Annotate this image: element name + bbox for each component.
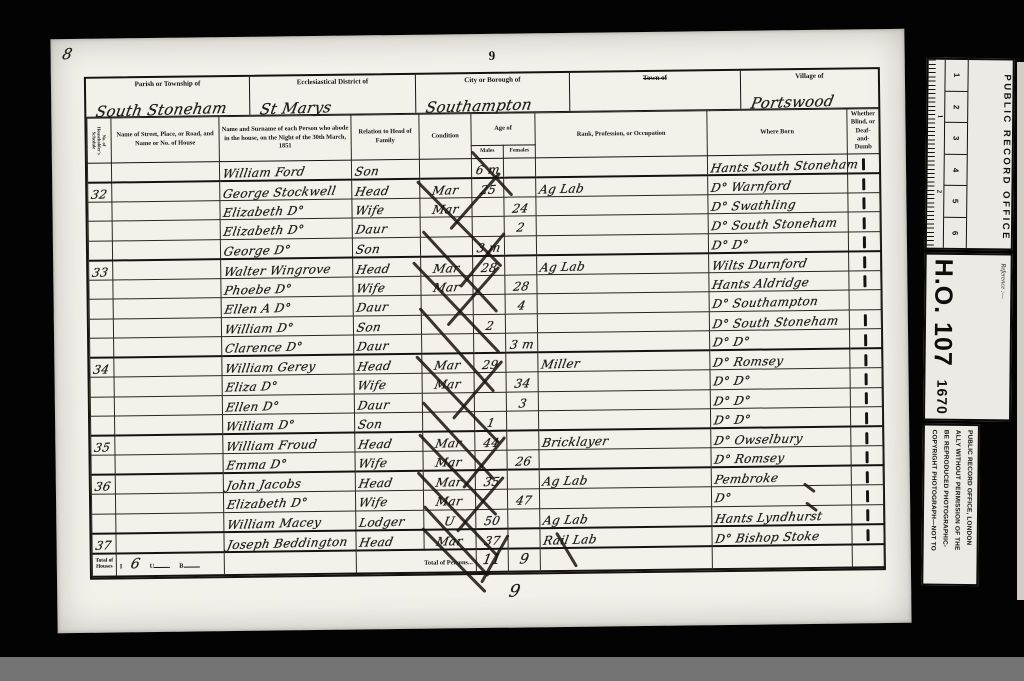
street-name — [112, 220, 220, 241]
age-male — [473, 294, 505, 314]
relation-to-head: Daur — [354, 334, 422, 354]
age-male: 1 — [474, 411, 506, 431]
where-born: D° D° — [710, 407, 850, 428]
relation-to-head: Daur — [352, 217, 420, 237]
street-name — [116, 532, 224, 553]
where-born: D° Warnford — [708, 173, 848, 194]
person-name: William D° — [223, 413, 355, 434]
age-male — [475, 450, 507, 470]
uninhabited-blank — [154, 559, 170, 568]
person-name: William D° — [221, 316, 353, 337]
condition: Mar — [420, 178, 472, 198]
where-born: D° Romsey — [710, 349, 850, 370]
form-header-field-4: Village ofPortswood — [741, 69, 878, 109]
age-male: 28 — [473, 255, 505, 275]
occupation: Rail Lab — [540, 526, 712, 548]
person-name: Joseph Beddington — [224, 530, 356, 552]
condition — [422, 334, 474, 354]
person-name: George D° — [220, 238, 352, 259]
where-born: D° Bishop Stoke — [712, 524, 852, 546]
person-name: William Ford — [219, 160, 351, 181]
form-header-label: City or Borough of — [416, 73, 569, 85]
age-female — [506, 411, 538, 431]
condition: Mar — [423, 490, 475, 510]
infirmity-cell — [851, 446, 883, 466]
condition: Mar — [421, 256, 473, 276]
tally-dash — [863, 217, 866, 229]
condition — [420, 217, 472, 237]
relation-to-head: Son — [352, 237, 420, 257]
occupation — [537, 292, 709, 314]
totals-empty-name-cell — [224, 550, 356, 575]
age-female: 47 — [507, 489, 539, 509]
building-blank — [183, 559, 199, 568]
ruler-inch-scale: 12 — [927, 60, 946, 248]
schedule-number — [88, 221, 112, 241]
col-header-females: Females — [503, 144, 535, 157]
street-name — [114, 376, 222, 397]
person-name: Clarence D° — [222, 335, 354, 356]
age-female: 28 — [505, 274, 537, 294]
person-name: Eliza D° — [222, 374, 354, 395]
age-female — [503, 157, 535, 177]
total-houses-label-cell: Total of Houses — [92, 553, 116, 576]
relation-to-head: Wife — [353, 276, 421, 296]
form-header-row: Parish or Township ofSouth StonehamEccle… — [86, 69, 878, 118]
schedule-number: 32 — [88, 182, 112, 202]
street-name — [115, 454, 223, 475]
col-header-condition: Condition — [419, 114, 472, 159]
reference-card: H.O. 107 1670 Reference :— — [923, 253, 1013, 422]
condition: Mar — [423, 451, 475, 471]
schedule-number — [87, 163, 111, 183]
occupation — [537, 311, 709, 333]
age-female — [504, 235, 536, 255]
street-name — [116, 512, 224, 533]
total-males-cell: 11 — [476, 548, 508, 571]
age-male: 25 — [472, 177, 504, 197]
person-name: John Jacobs — [223, 472, 355, 493]
occupation — [538, 331, 710, 353]
age-male: 37 — [476, 528, 508, 548]
tally-dash — [865, 373, 868, 385]
total-houses-values-cell: I 6 U B — [116, 552, 224, 576]
form-header-value: Southampton — [424, 95, 533, 116]
schedule-number — [89, 299, 113, 319]
age-male — [474, 372, 506, 392]
tally-dash — [865, 412, 868, 424]
relation-to-head: Wife — [354, 373, 422, 393]
col-header-occupation: Rank, Profession, or Occupation — [535, 111, 708, 158]
where-born: D° Swathling — [708, 193, 848, 214]
relation-to-head: Head — [353, 256, 421, 276]
age-male — [472, 197, 504, 217]
street-name — [113, 298, 221, 319]
form-header-field-0: Parish or Township ofSouth Stoneham — [86, 77, 250, 117]
person-name: Emma D° — [223, 452, 355, 473]
schedule-number — [89, 319, 113, 339]
totals-empty-occupation-cell — [540, 546, 712, 571]
where-born: Hants Aldridge — [709, 271, 849, 292]
where-born: D° D° — [710, 329, 850, 350]
schedule-number — [92, 514, 116, 534]
age-male — [473, 275, 505, 295]
infirmity-cell — [852, 524, 884, 544]
condition — [422, 392, 474, 412]
age-male: 6 m — [471, 158, 503, 178]
total-females-cell: 9 — [508, 548, 540, 571]
schedule-number — [90, 397, 114, 417]
relation-to-head: Daur — [353, 295, 421, 315]
infirmity-cell — [851, 485, 883, 505]
where-born: D° South Stoneham — [708, 212, 848, 233]
occupation — [535, 155, 707, 177]
enumeration-table: No. of Householder's Schedule Name of St… — [86, 108, 885, 577]
infirmity-cell — [848, 231, 880, 251]
tally-dash — [863, 236, 866, 248]
where-born: Hants Lyndhurst — [712, 505, 852, 526]
tally-dash — [862, 178, 865, 190]
street-name — [113, 317, 221, 338]
schedule-number: 34 — [90, 358, 114, 378]
where-born: Wilts Durnford — [709, 251, 849, 272]
col-header-age: Age of — [471, 113, 535, 145]
tally-dash — [864, 334, 867, 346]
occupation — [539, 487, 711, 509]
street-name — [114, 356, 222, 377]
infirmity-cell — [850, 329, 882, 349]
age-male: 35 — [475, 470, 507, 490]
age-female — [507, 469, 539, 489]
relation-to-head: Wife — [352, 198, 420, 218]
infirmity-cell — [851, 426, 883, 446]
ruler-inch-number: 1 — [936, 115, 944, 119]
tally-dash — [864, 315, 867, 327]
occupation — [539, 448, 711, 470]
where-born: Hants South Stoneham — [707, 154, 847, 175]
schedule-number — [88, 202, 112, 222]
where-born: D° Romsey — [711, 446, 851, 467]
houses-inhabited-value: 6 — [129, 556, 141, 572]
age-male: 2 — [473, 314, 505, 334]
infirmity-cell — [849, 309, 881, 329]
ruler-cm-number: 5 — [944, 186, 966, 218]
pro-ruler-card: 12 123456 PUBLIC RECORD OFFICE — [925, 58, 1015, 251]
occupation: Ag Lab — [536, 175, 708, 197]
street-name — [112, 181, 220, 202]
census-page: 9 8 Parish or Township ofSouth StonehamE… — [50, 29, 911, 633]
street-name — [113, 259, 221, 280]
infirmity-cell — [847, 153, 879, 173]
street-name — [115, 493, 223, 514]
condition — [419, 158, 471, 178]
condition: Mar — [422, 373, 474, 393]
age-female — [508, 528, 540, 548]
tally-dash — [863, 276, 866, 288]
age-female: 3 m — [506, 333, 538, 353]
pro-title: PUBLIC RECORD OFFICE — [967, 60, 1013, 248]
street-name — [114, 395, 222, 416]
schedule-number: 35 — [91, 436, 115, 456]
street-name — [115, 434, 223, 455]
col-header-name: Name and Surname of each Person who abod… — [219, 115, 352, 161]
col-header-street: Name of Street, Place, or Road, and Name… — [111, 117, 220, 163]
street-name — [115, 415, 223, 436]
infirmity-cell — [849, 251, 881, 271]
tally-dash — [865, 393, 868, 405]
person-name: William Gerey — [222, 355, 354, 376]
reference-label: Reference :— — [999, 263, 1006, 298]
tally-dash — [866, 451, 869, 463]
totals-empty-born-cell — [712, 544, 852, 569]
age-male — [474, 333, 506, 353]
person-name: George Stockwell — [220, 179, 352, 200]
relation-to-head: Daur — [354, 393, 422, 413]
age-female — [505, 255, 537, 275]
occupation — [538, 389, 710, 411]
form-header-field-2: City or Borough ofSouthampton — [416, 73, 570, 113]
infirmity-cell — [852, 504, 884, 524]
schedule-number: 37 — [92, 533, 116, 553]
film-edge-band — [0, 657, 1024, 681]
total-persons-label-cell: Total of Persons... — [356, 549, 476, 573]
form-header-field-1: Ecclesiastical District ofSt Marys — [250, 75, 416, 115]
tally-dash — [866, 509, 869, 521]
relation-to-head: Son — [351, 159, 419, 179]
person-name: Ellen A D° — [221, 296, 353, 317]
person-name: Walter Wingrove — [221, 257, 353, 278]
age-female: 26 — [507, 450, 539, 470]
person-name: Ellen D° — [222, 394, 354, 415]
totals-empty-infirmity-cell — [852, 544, 884, 567]
condition: Mar — [423, 470, 475, 490]
age-female: 4 — [505, 294, 537, 314]
age-female — [508, 508, 540, 528]
relation-to-head: Head — [356, 529, 424, 550]
schedule-number — [90, 338, 114, 358]
ruler-cm-scale: 123456 — [944, 60, 969, 248]
occupation — [538, 409, 710, 431]
ruler-cm-number: 4 — [944, 154, 966, 186]
ruler-cm-number: 2 — [945, 91, 967, 123]
age-male — [474, 392, 506, 412]
age-female — [504, 177, 536, 197]
handwritten-page-number: 9 — [507, 581, 522, 601]
person-name: Elizabeth D° — [220, 199, 352, 220]
age-female — [505, 313, 537, 333]
film-edge-sliver — [1017, 62, 1024, 600]
infirmity-cell — [850, 348, 882, 368]
person-name: William Froud — [223, 433, 355, 454]
form-header-label: Village of — [741, 69, 878, 81]
occupation — [536, 214, 708, 236]
schedule-number: 33 — [89, 260, 113, 280]
infirmity-cell — [850, 387, 882, 407]
age-male — [472, 216, 504, 236]
tally-dash — [864, 354, 867, 366]
col-header-relation: Relation to Head of Family — [351, 114, 420, 159]
relation-to-head: Head — [352, 178, 420, 198]
tally-dash — [866, 471, 869, 483]
infirmity-cell — [848, 212, 880, 232]
handwritten-folio-mark: 8 — [61, 45, 74, 63]
street-name — [114, 337, 222, 358]
copyright-card: COPYRIGHT PHOTOGRAPH—NOT TO BE REPRODUCE… — [921, 424, 980, 587]
age-female: 2 — [504, 216, 536, 236]
occupation — [536, 233, 708, 255]
ruler-cm-number: 6 — [944, 217, 966, 248]
schedule-number — [89, 280, 113, 300]
infirmity-cell — [849, 290, 881, 310]
reference-piece: 1670 — [934, 379, 950, 414]
tally-dash — [862, 198, 865, 210]
where-born: D° Southampton — [709, 290, 849, 311]
tally-dash — [863, 256, 866, 268]
where-born: D° Owselbury — [711, 427, 851, 448]
col-header-males: Males — [471, 145, 503, 158]
person-name: Phoebe D° — [221, 277, 353, 298]
census-form: Parish or Township ofSouth StonehamEccle… — [84, 67, 886, 579]
form-header-label: Parish or Township of — [86, 77, 249, 89]
where-born: D° D° — [710, 388, 850, 409]
infirmity-cell — [851, 465, 883, 485]
condition: Mar — [420, 197, 472, 217]
schedule-number — [91, 416, 115, 436]
relation-to-head: Wife — [355, 490, 423, 510]
schedule-number — [91, 494, 115, 514]
printed-page-number: 9 — [489, 48, 496, 64]
form-header-value: Portswood — [749, 92, 835, 112]
age-female — [506, 352, 538, 372]
occupation: Bricklayer — [539, 428, 711, 450]
relation-to-head: Head — [355, 471, 423, 491]
infirmity-cell — [848, 192, 880, 212]
age-male: 50 — [476, 509, 508, 529]
houses-inhabited-label: I — [120, 564, 123, 571]
ruler-inch-number: 2 — [935, 190, 943, 194]
col-header-schedule: No. of Householder's Schedule — [87, 118, 112, 163]
enumerator-pen-marks — [50, 29, 904, 39]
occupation: Miller — [538, 350, 710, 372]
infirmity-cell — [849, 270, 881, 290]
tally-dash — [865, 432, 868, 444]
form-header-value: St Marys — [259, 98, 334, 118]
condition: Mar — [424, 529, 476, 550]
street-name — [112, 200, 220, 221]
schedule-number — [91, 455, 115, 475]
relation-to-head: Wife — [355, 451, 423, 471]
tally-dash — [866, 490, 869, 502]
street-name — [112, 239, 220, 260]
where-born: D° South Stoneham — [709, 310, 849, 331]
occupation — [537, 272, 709, 294]
occupation: Ag Lab — [537, 253, 709, 275]
street-name — [113, 278, 221, 299]
condition — [422, 412, 474, 432]
where-born: D° D° — [708, 232, 848, 253]
form-header-label: Ecclesiastical District of — [250, 75, 415, 87]
street-name — [111, 161, 219, 182]
relation-to-head: Lodger — [356, 510, 424, 530]
infirmity-cell — [848, 173, 880, 193]
relation-to-head: Head — [355, 432, 423, 452]
age-male: 3 m — [472, 236, 504, 256]
condition — [421, 295, 473, 315]
condition — [421, 314, 473, 334]
age-female: 3 — [506, 391, 538, 411]
condition: Mar — [422, 353, 474, 373]
condition: Mar — [421, 275, 473, 295]
where-born: D° — [711, 485, 851, 506]
schedule-number: 36 — [91, 475, 115, 495]
schedule-number — [88, 241, 112, 261]
tally-dash — [866, 529, 869, 541]
infirmity-cell — [850, 407, 882, 427]
schedule-number — [90, 377, 114, 397]
col-header-infirmity: Whether Blind, or Deaf-and-Dumb — [847, 109, 880, 154]
microfilm-scan: 9 8 Parish or Township ofSouth StonehamE… — [0, 0, 1024, 681]
age-male: 44 — [475, 431, 507, 451]
infirmity-cell — [850, 368, 882, 388]
form-header-field-3: Town of — [570, 71, 741, 111]
condition — [420, 236, 472, 256]
age-female — [507, 430, 539, 450]
occupation: Ag Lab — [540, 506, 712, 528]
occupation — [536, 194, 708, 216]
age-female: 24 — [504, 196, 536, 216]
person-name: Elizabeth D° — [220, 218, 352, 239]
tally-dash — [862, 158, 865, 170]
where-born: Pembroke — [711, 466, 851, 487]
relation-to-head: Son — [353, 315, 421, 335]
occupation: Ag Lab — [539, 467, 711, 489]
age-female: 34 — [506, 372, 538, 392]
reference-series: H.O. 107 — [929, 259, 958, 367]
occupation — [538, 370, 710, 392]
age-male — [475, 489, 507, 509]
relation-to-head: Head — [354, 354, 422, 374]
condition: U — [424, 509, 476, 529]
condition: Mar — [423, 431, 475, 451]
form-header-label: Town of — [570, 71, 740, 83]
person-name: William Macey — [224, 511, 356, 532]
pro-reference-strip: 12 123456 PUBLIC RECORD OFFICE H.O. 107 … — [921, 58, 1015, 591]
relation-to-head: Son — [354, 412, 422, 432]
street-name — [115, 473, 223, 494]
ruler-cm-number: 3 — [945, 123, 967, 155]
ruler-cm-number: 1 — [945, 60, 967, 92]
where-born: D° D° — [710, 368, 850, 389]
col-header-born: Where Born — [707, 109, 848, 155]
person-name: Elizabeth D° — [223, 491, 355, 512]
reference-number: H.O. 107 1670 — [927, 259, 958, 415]
age-male: 29 — [474, 353, 506, 373]
